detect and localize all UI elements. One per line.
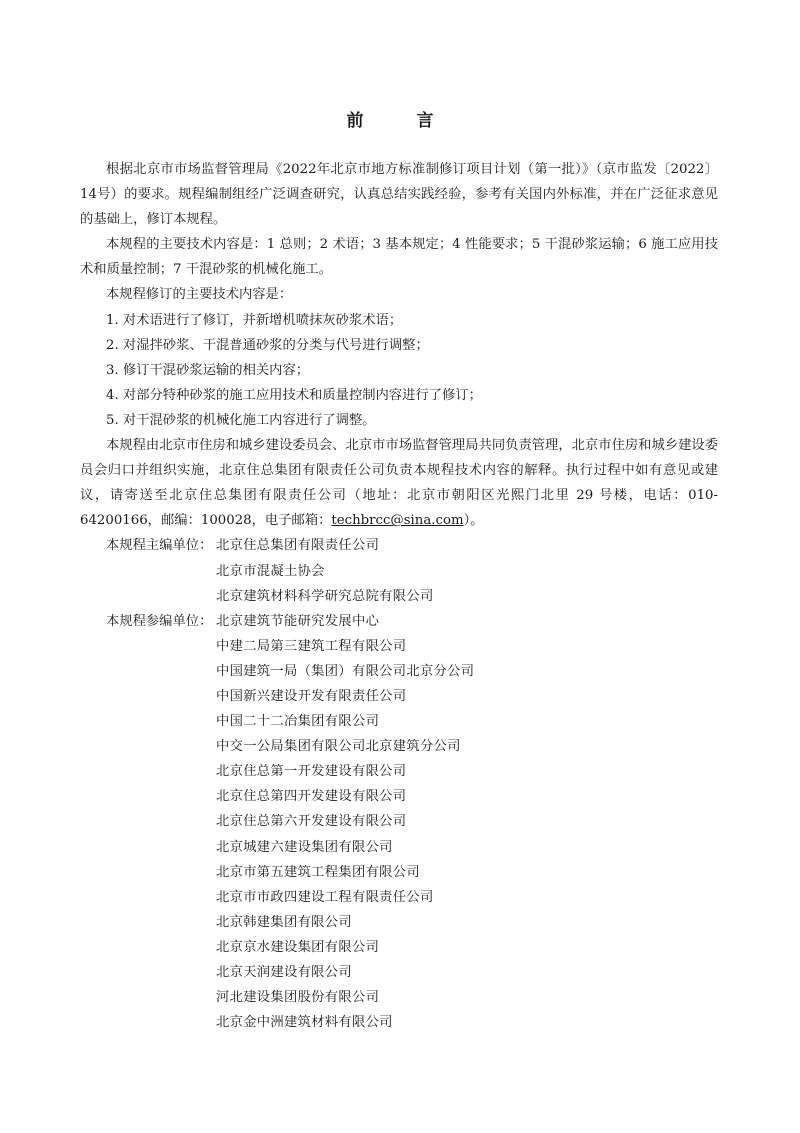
unit-name: 河北建设集团股份有限公司 <box>216 985 379 1010</box>
unit-name: 北京城建六建设集团有限公司 <box>216 835 393 860</box>
unit-name: 北京建筑节能研究发展中心 <box>216 609 379 634</box>
revision-item: 3. 修订干混砂浆运输的相关内容； <box>80 358 718 383</box>
revision-item: 2. 对湿拌砂浆、干混普通砂浆的分类与代号进行调整； <box>80 333 718 358</box>
revision-item: 4. 对部分特种砂浆的施工应用技术和质量控制内容进行了修订； <box>80 383 718 408</box>
unit-name: 北京市第五建筑工程集团有限公司 <box>216 860 420 885</box>
unit-name: 北京金中洲建筑材料有限公司 <box>216 1010 393 1035</box>
unit-name: 北京住总集团有限责任公司 <box>216 533 379 558</box>
management-paragraph: 本规程由北京市住房和城乡建设委员会、北京市市场监督管理局共同负责管理，北京市住房… <box>80 433 718 533</box>
revision-item: 1. 对术语进行了修订，并新增机喷抹灰砂浆术语； <box>80 308 718 333</box>
unit-name: 中交一公局集团有限公司北京建筑分公司 <box>216 734 461 759</box>
unit-name: 北京住总第六开发建设有限公司 <box>216 809 406 834</box>
unit-name: 北京京水建设集团有限公司 <box>216 935 379 960</box>
management-text-end: ）。 <box>464 513 484 528</box>
main-content-paragraph: 本规程的主要技术内容是：1 总则；2 术语；3 基本规定；4 性能要求；5 干混… <box>80 232 718 282</box>
document-body: 根据北京市市场监督管理局《2022年北京市地方标准制修订项目计划（第一批）》（京… <box>80 157 718 1035</box>
unit-name: 中国二十二冶集团有限公司 <box>216 709 379 734</box>
email-link[interactable]: techbrcc@sina.com <box>331 513 463 528</box>
unit-name: 北京住总第一开发建设有限公司 <box>216 759 406 784</box>
revision-item: 5. 对干混砂浆的机械化施工内容进行了调整。 <box>80 408 718 433</box>
unit-name: 北京建筑材料科学研究总院有限公司 <box>216 584 434 609</box>
participant-units: 本规程参编单位：北京建筑节能研究发展中心 中建二局第三建筑工程有限公司 中国建筑… <box>80 609 718 1036</box>
unit-name: 北京韩建集团有限公司 <box>216 910 352 935</box>
intro-paragraph: 根据北京市市场监督管理局《2022年北京市地方标准制修订项目计划（第一批）》（京… <box>80 157 718 232</box>
participant-label: 本规程参编单位： <box>80 609 216 634</box>
page-title: 前 言 <box>80 106 718 131</box>
revision-intro-paragraph: 本规程修订的主要技术内容是： <box>80 282 718 307</box>
unit-name: 中建二局第三建筑工程有限公司 <box>216 634 406 659</box>
unit-name: 北京天润建设有限公司 <box>216 960 352 985</box>
unit-name: 北京市混凝土协会 <box>216 559 325 584</box>
unit-name: 北京市市政四建设工程有限责任公司 <box>216 885 434 910</box>
unit-name: 中国建筑一局（集团）有限公司北京分公司 <box>216 659 474 684</box>
chief-editor-label: 本规程主编单位： <box>80 533 216 558</box>
unit-name: 中国新兴建设开发有限责任公司 <box>216 684 406 709</box>
unit-name: 北京住总第四开发建设有限公司 <box>216 784 406 809</box>
chief-editor-units: 本规程主编单位：北京住总集团有限责任公司 北京市混凝土协会 北京建筑材料科学研究… <box>80 533 718 608</box>
